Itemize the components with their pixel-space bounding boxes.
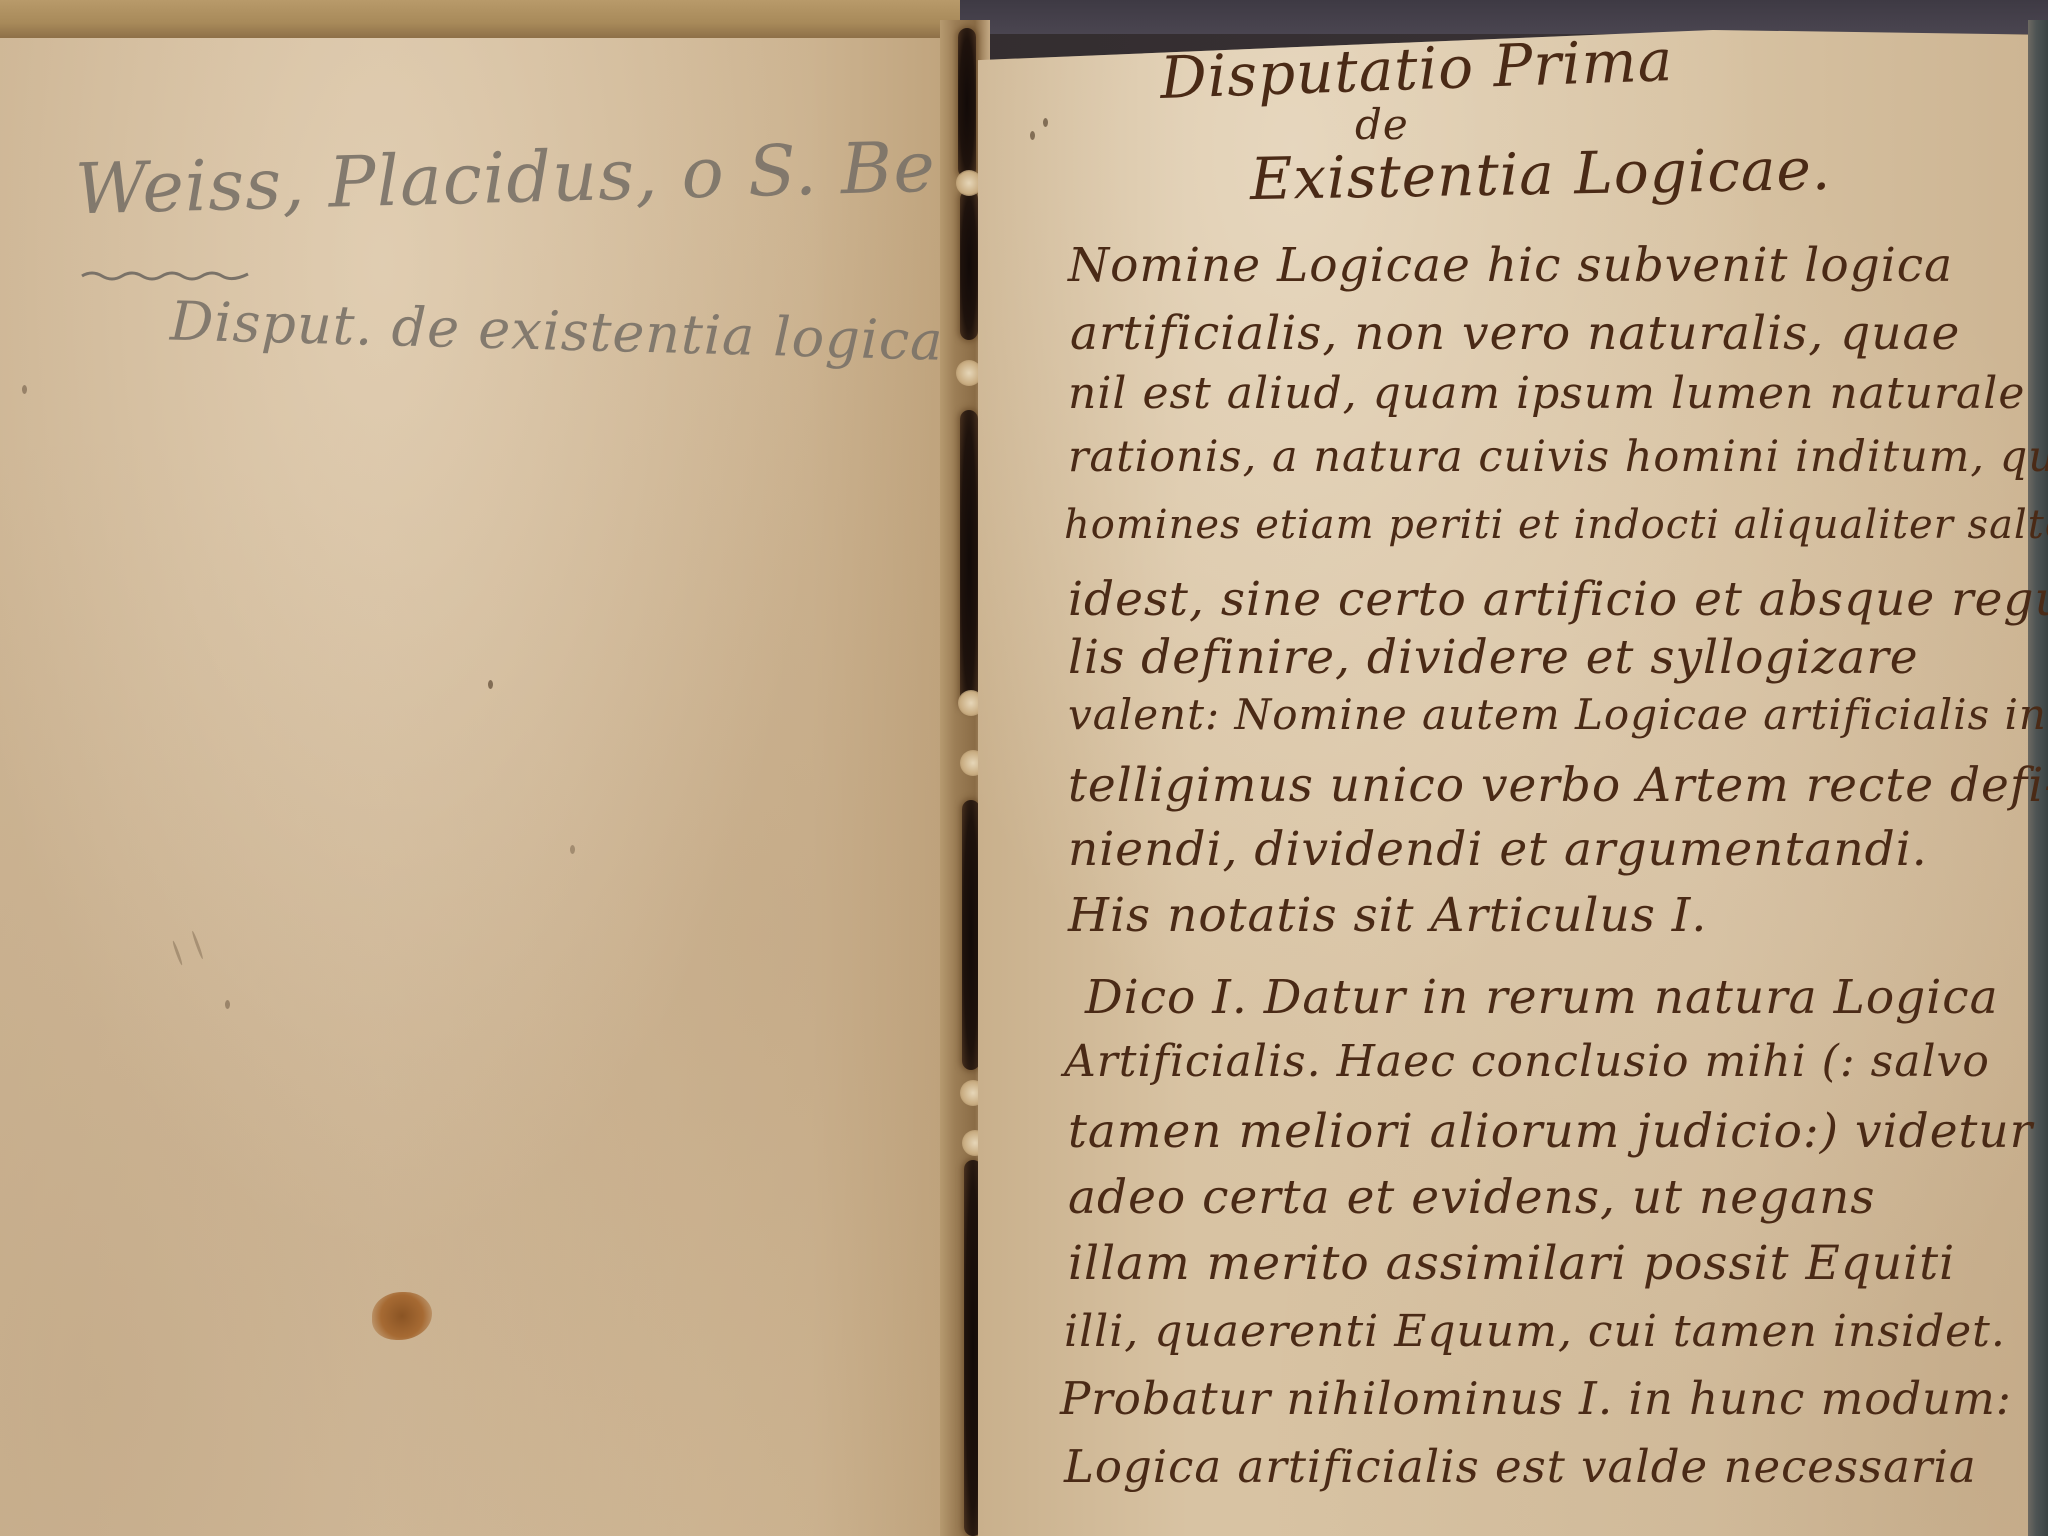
manuscript-line: homines etiam periti et indocti aliquali… xyxy=(1064,502,2048,548)
manuscript-line: idest, sine certo artificio et absque re… xyxy=(1068,572,2048,627)
paper-speck xyxy=(22,385,27,394)
manuscript-line: Dico I. Datur in rerum natura Logica xyxy=(1085,970,1999,1025)
left-page xyxy=(0,38,955,1536)
manuscript-line: artificialis, non vero naturalis, quae xyxy=(1070,306,1960,361)
manuscript-line: illam merito assimilari possit Equiti xyxy=(1068,1236,1955,1291)
manuscript-line: rationis, a natura cuivis homini inditum… xyxy=(1068,432,2048,482)
manuscript-line: telligimus unico verbo Artem recte defi- xyxy=(1068,758,2048,813)
manuscript-line: valent: Nomine autem Logicae artificiali… xyxy=(1068,690,2048,739)
article-heading: His notatis sit Articulus I. xyxy=(1068,888,1707,943)
paper-speck xyxy=(488,680,493,689)
manuscript-line: niendi, dividendi et argumentandi. xyxy=(1068,822,1928,877)
spine-gap xyxy=(958,28,976,178)
background-surface xyxy=(960,0,2048,34)
disputation-subtitle: Existentia Logicae. xyxy=(1249,135,1831,213)
paper-speck xyxy=(1043,118,1048,127)
manuscript-line: Logica artificialis est valde necessaria xyxy=(1064,1440,1977,1493)
top-board-edge xyxy=(0,0,960,41)
manuscript-line: Probatur nihilominus I. in hunc modum: xyxy=(1060,1372,2012,1425)
spine-gap xyxy=(960,190,978,340)
paper-speck xyxy=(570,845,575,854)
manuscript-line: illi, quaerenti Equum, cui tamen insidet… xyxy=(1064,1306,2006,1357)
manuscript-photo: Weiss, Placidus, o S. Bened. Disput. de … xyxy=(0,0,2048,1536)
manuscript-line: lis definire, dividere et syllogizare xyxy=(1068,630,1919,685)
wavy-underline xyxy=(80,268,250,282)
manuscript-line: Nomine Logicae hic subvenit logica xyxy=(1068,238,1953,293)
spine-gap xyxy=(960,410,978,710)
spine-gap xyxy=(962,800,980,1070)
paper-speck xyxy=(225,1000,230,1009)
manuscript-line: nil est aliud, quam ipsum lumen naturale xyxy=(1068,368,2025,419)
manuscript-line: Artificialis. Haec conclusio mihi (: sal… xyxy=(1064,1036,1990,1087)
paper-speck xyxy=(1030,131,1035,140)
manuscript-line: tamen meliori aliorum judicio:) videtur xyxy=(1068,1104,2033,1159)
manuscript-line: adeo certa et evidens, ut negans xyxy=(1068,1170,1876,1225)
